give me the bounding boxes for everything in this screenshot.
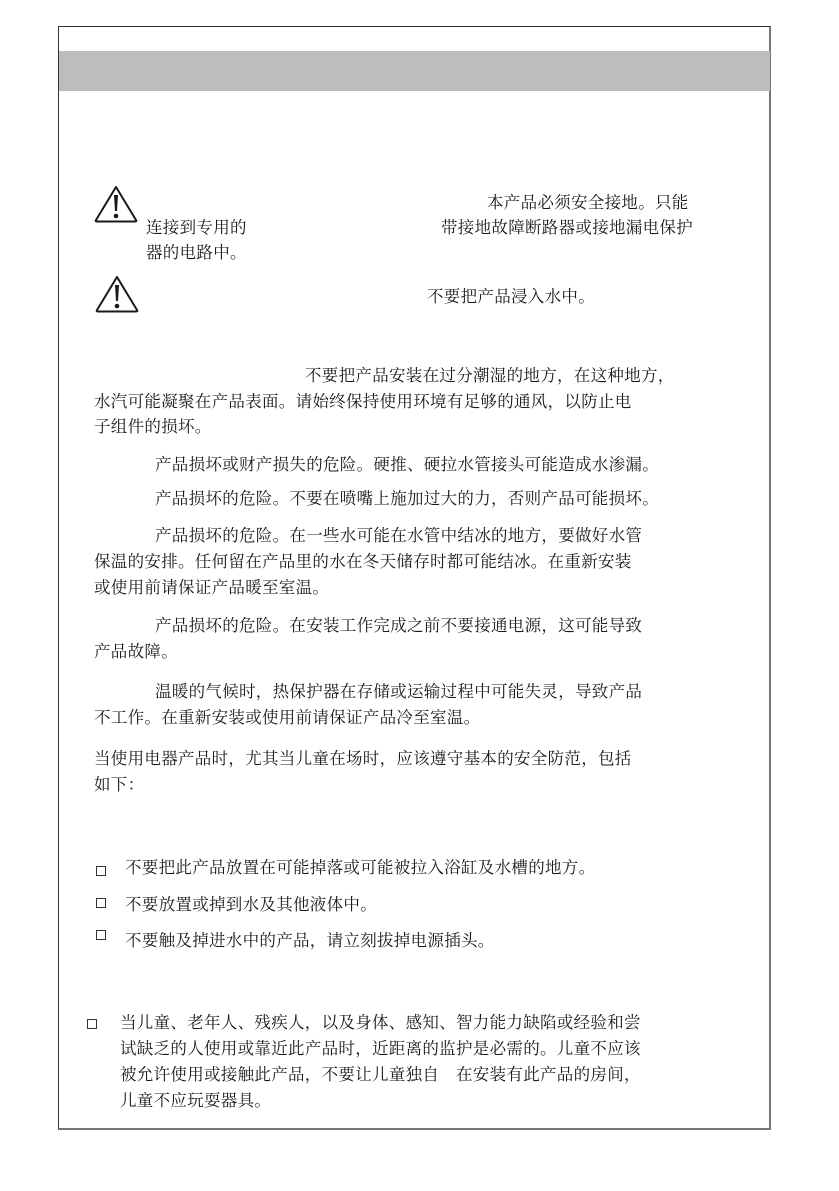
thermal-line-1: 温暖的气候时，热保护器在存储或运输过程中可能失灵，导致产品 (155, 680, 642, 704)
warning-triangle-icon (94, 185, 138, 223)
supervision-line-4: 儿童不应玩耍器具。 (120, 1089, 271, 1113)
warning-1-text-d: 器的电路中。 (146, 241, 247, 265)
checkbox-icon (96, 930, 106, 940)
supervision-line-1: 当儿童、老年人、残疾人，以及身体、感知、智力能力缺陷或经验和尝 (120, 1011, 641, 1035)
basic-safety-line-1: 当使用电器产品时，尤其当儿童在场时，应该遵守基本的安全防范，包括 (94, 747, 632, 771)
power-line-2: 产品故障。 (94, 640, 178, 664)
humidity-line-2: 水汽可能凝聚在产品表面。请始终保持使用环境有足够的通风，以防止电 (94, 390, 632, 414)
humidity-line-3: 子组件的损坏。 (94, 415, 212, 439)
freezing-line-2: 保温的安排。任何留在产品里的水在冬天储存时都可能结冰。在重新安装 (94, 550, 632, 574)
freezing-line-3: 或使用前请保证产品暖至室温。 (94, 576, 329, 600)
checklist-item: 不要触及掉进水中的产品，请立刻拔掉电源插头。 (125, 929, 495, 953)
warning-triangle-icon (95, 275, 139, 313)
humidity-line-1: 不要把产品安装在过分潮湿的地方，在这种地方， (305, 364, 675, 388)
power-line-1: 产品损坏的危险。在安装工作完成之前不要接通电源，这可能导致 (155, 614, 642, 638)
supervision-line-2: 试缺乏的人使用或靠近此产品时，近距离的监护是必需的。儿童不应该 (120, 1037, 641, 1061)
freezing-line-1: 产品损坏的危险。在一些水可能在水管中结冰的地方，要做好水管 (155, 524, 642, 548)
nozzle-text: 产品损坏的危险。不要在喷嘴上施加过大的力，否则产品可能损坏。 (155, 487, 659, 511)
checkbox-icon (96, 898, 106, 908)
checklist-item: 不要把此产品放置在可能掉落或可能被拉入浴缸及水槽的地方。 (125, 856, 595, 880)
thermal-line-2: 不工作。在重新安装或使用前请保证产品冷至室温。 (94, 706, 480, 730)
checklist-item: 不要放置或掉到水及其他液体中。 (125, 893, 377, 917)
checkbox-icon (87, 1019, 97, 1029)
warning-1-text-a: 本产品必须安全接地。只能 (487, 191, 689, 215)
warning-1-text-b: 连接到专用的 (146, 216, 247, 240)
warning-1-text-c: 带接地故障断路器或接地漏电保护 (441, 216, 693, 240)
basic-safety-line-2: 如下： (94, 773, 144, 797)
water-leak-text: 产品损坏或财产损失的危险。硬推、硬拉水管接头可能造成水渗漏。 (155, 453, 659, 477)
supervision-line-3: 被允许使用或接触此产品，不要让儿童独自 在安装有此产品的房间， (120, 1063, 641, 1087)
section-header-bar (59, 51, 770, 91)
checkbox-icon (96, 866, 106, 876)
warning-2-text: 不要把产品浸入水中。 (427, 285, 595, 309)
